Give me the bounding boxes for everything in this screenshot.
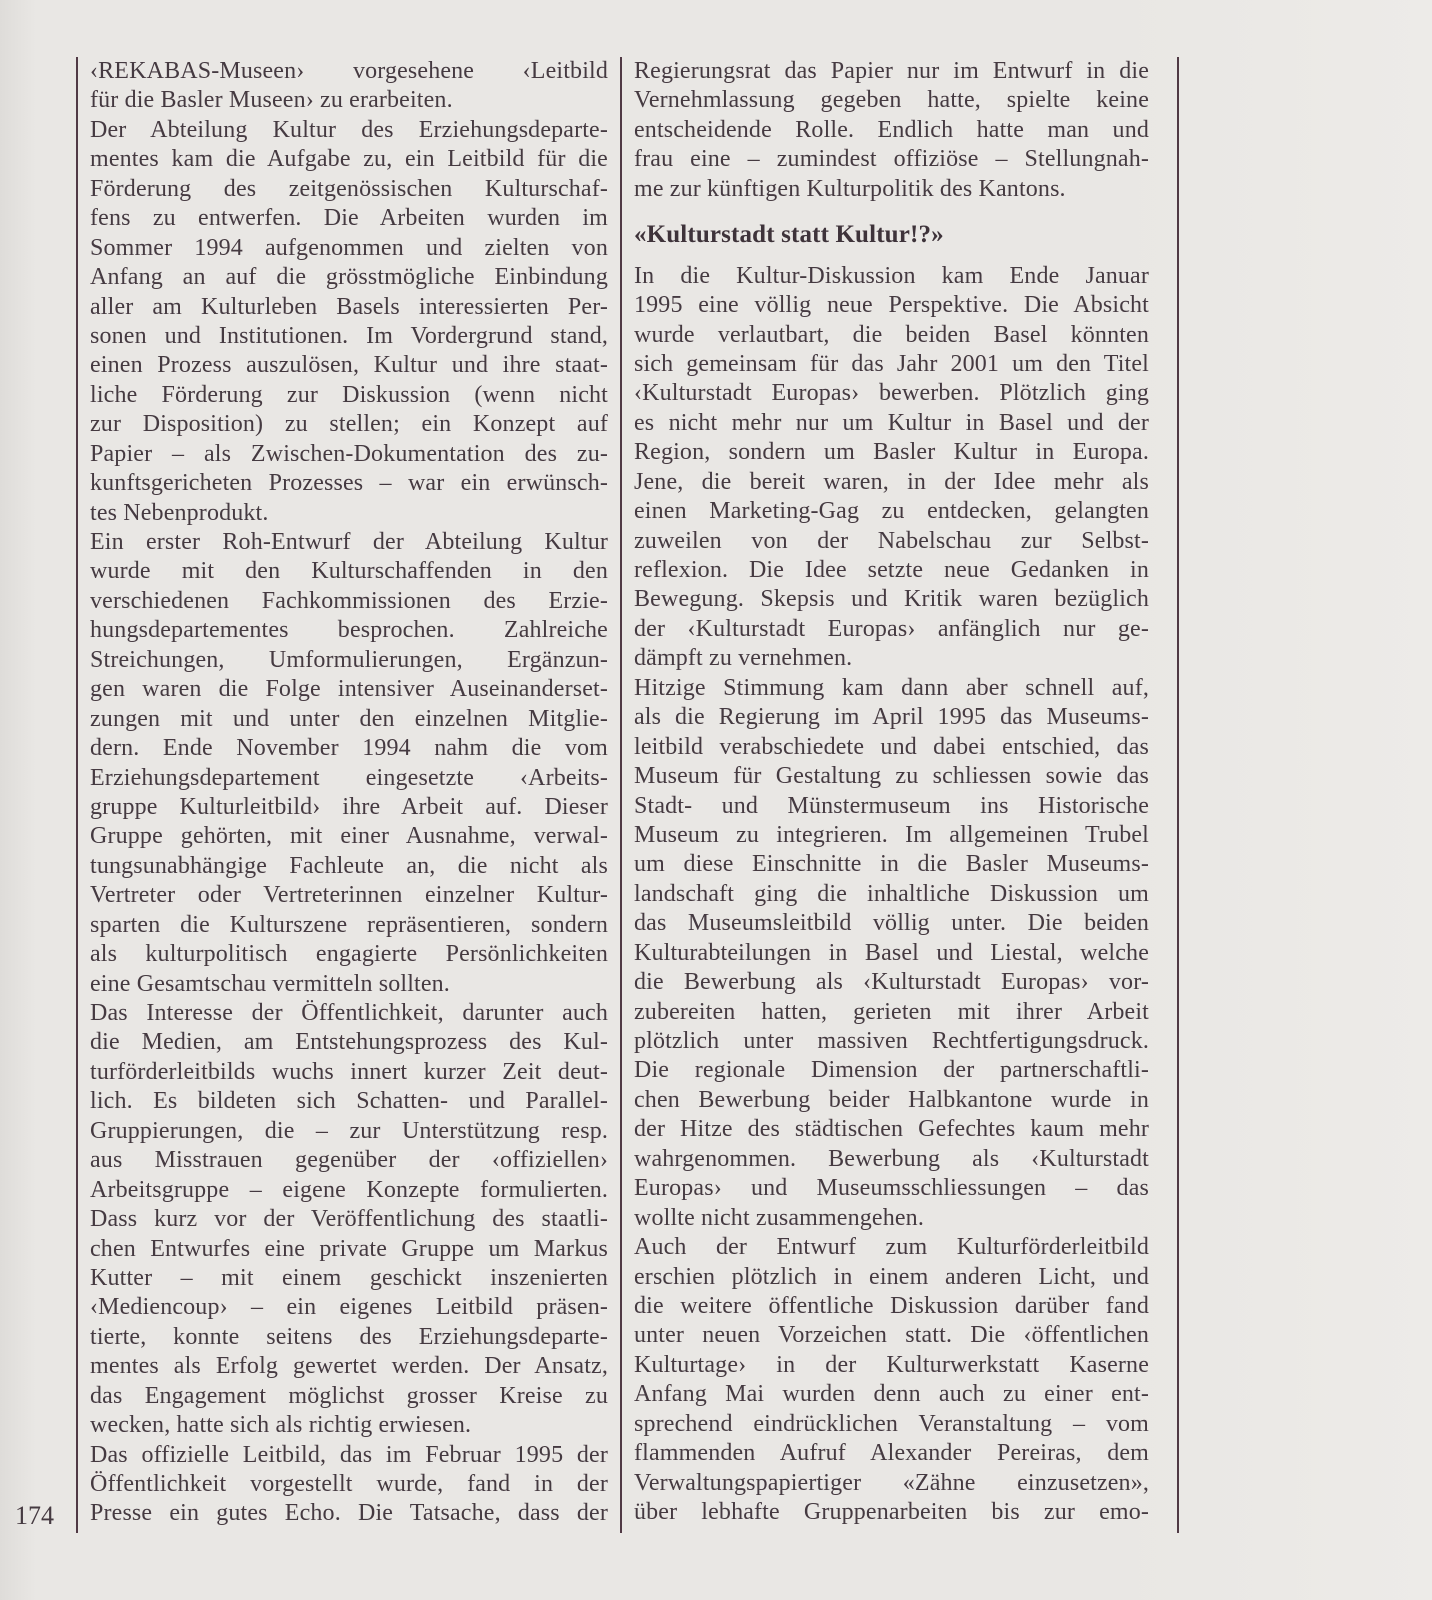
text-line: chen Bewerbung beider Halbkantone wurde …	[634, 1086, 1149, 1115]
text-line: aller am Kulturleben Basels interessiert…	[90, 293, 608, 322]
text-line: einen Prozess auszulösen, Kultur und ihr…	[90, 351, 608, 380]
text-line: wecken, hatte sich als richtig erwiesen.	[90, 1411, 608, 1440]
text-line: Der Abteilung Kultur des Erziehungsdepar…	[90, 116, 608, 145]
text-line: kunftsgericheten Prozesses – war ein erw…	[90, 469, 608, 498]
text-line: chen Entwurfes eine private Gruppe um Ma…	[90, 1235, 608, 1264]
text-line: eine Gesamtschau vermitteln sollten.	[90, 970, 608, 999]
text-line: dämpft zu vernehmen.	[634, 644, 1149, 673]
text-line: Museum zu integrieren. Im allgemeinen Tr…	[634, 821, 1149, 850]
text-line: mentes als Erfolg gewertet werden. Der A…	[90, 1352, 608, 1381]
text-line: ‹REKABAS-Museen› vorgesehene ‹Leitbild	[90, 57, 608, 86]
text-line: Stadt- und Münstermuseum ins Historische	[634, 792, 1149, 821]
text-line: als die Regierung im April 1995 das Muse…	[634, 703, 1149, 732]
text-line: Das Interesse der Öffentlichkeit, darunt…	[90, 999, 608, 1028]
text-line: verschiedenen Fachkommissionen des Erzie…	[90, 587, 608, 616]
text-line: fens zu entwerfen. Die Arbeiten wurden i…	[90, 204, 608, 233]
text-line: Das offizielle Leitbild, das im Februar …	[90, 1441, 608, 1470]
text-line: Gruppierungen, die – zur Unterstützung r…	[90, 1117, 608, 1146]
text-line: das Museumsleitbild völlig unter. Die be…	[634, 909, 1149, 938]
text-line: wahrgenommen. Bewerbung als ‹Kulturstadt	[634, 1145, 1149, 1174]
text-line: plötzlich unter massiven Rechtfertigungs…	[634, 1027, 1149, 1056]
text-line: Vernehmlassung gegeben hatte, spielte ke…	[634, 86, 1149, 115]
text-line: ‹Mediencoup› – ein eigenes Leitbild präs…	[90, 1293, 608, 1322]
text-line: mentes kam die Aufgabe zu, ein Leitbild …	[90, 145, 608, 174]
text-line: Verwaltungspapiertiger «Zähne einzusetze…	[634, 1469, 1149, 1498]
text-line: Förderung des zeitgenössischen Kultursch…	[90, 175, 608, 204]
text-line: sich gemeinsam für das Jahr 2001 um den …	[634, 350, 1149, 379]
text-line: entscheidende Rolle. Endlich hatte man u…	[634, 116, 1149, 145]
text-line: einen Marketing-Gag zu entdecken, gelang…	[634, 497, 1149, 526]
text-line: die Bewerbung als ‹Kulturstadt Europas› …	[634, 968, 1149, 997]
text-line: wurde verlautbart, die beiden Basel könn…	[634, 321, 1149, 350]
scanned-page: ‹REKABAS-Museen› vorgesehene ‹Leitbildfü…	[0, 0, 1432, 1600]
right-column-rule	[1177, 57, 1179, 1533]
page-number: 174	[15, 1501, 71, 1531]
text-line: dern. Ende November 1994 nahm die vom	[90, 734, 608, 763]
text-line: die Medien, am Entstehungsprozess des Ku…	[90, 1028, 608, 1057]
text-line: leitbild verabschiedete und dabei entsch…	[634, 733, 1149, 762]
text-line: aus Misstrauen gegenüber der ‹offizielle…	[90, 1146, 608, 1175]
text-line: Kutter – mit einem geschickt inszenierte…	[90, 1264, 608, 1293]
text-line: turförderleitbilds wuchs innert kurzer Z…	[90, 1058, 608, 1087]
text-line: sonen und Institutionen. Im Vordergrund …	[90, 322, 608, 351]
paragraph-spacer	[634, 250, 1149, 262]
text-line: wollte nicht zusammengehen.	[634, 1204, 1149, 1233]
text-line: Arbeitsgruppe – eigene Konzepte formulie…	[90, 1176, 608, 1205]
text-line: für die Basler Museen› zu erarbeiten.	[90, 86, 608, 115]
left-text-column: ‹REKABAS-Museen› vorgesehene ‹Leitbildfü…	[90, 57, 608, 1529]
text-line: Papier – als Zwischen-Dokumentation des …	[90, 440, 608, 469]
text-line: über lebhafte Gruppenarbeiten bis zur em…	[634, 1498, 1149, 1527]
text-line: der Hitze des städtischen Gefechtes kaum…	[634, 1115, 1149, 1144]
text-line: 1995 eine völlig neue Perspektive. Die A…	[634, 291, 1149, 320]
text-line: me zur künftigen Kulturpolitik des Kanto…	[634, 175, 1149, 204]
text-line: wurde mit den Kulturschaffenden in den	[90, 557, 608, 586]
text-line: Kulturtage› in der Kulturwerkstatt Kaser…	[634, 1351, 1149, 1380]
text-line: sprechend eindrücklichen Veranstaltung –…	[634, 1410, 1149, 1439]
text-line: Auch der Entwurf zum Kulturförderleitbil…	[634, 1233, 1149, 1262]
text-line: Öffentlichkeit vorgestellt wurde, fand i…	[90, 1470, 608, 1499]
text-line: flammenden Aufruf Alexander Pereiras, de…	[634, 1439, 1149, 1468]
text-line: gen waren die Folge intensiver Auseinand…	[90, 675, 608, 704]
text-line: um diese Einschnitte in die Basler Museu…	[634, 850, 1149, 879]
text-line: unter neuen Vorzeichen statt. Die ‹öffen…	[634, 1321, 1149, 1350]
text-line: Museum für Gestaltung zu schliessen sowi…	[634, 762, 1149, 791]
text-line: Region, sondern um Basler Kultur in Euro…	[634, 438, 1149, 467]
text-line: In die Kultur-Diskussion kam Ende Januar	[634, 262, 1149, 291]
text-line: tes Nebenprodukt.	[90, 499, 608, 528]
text-line: ‹Kulturstadt Europas› bewerben. Plötzlic…	[634, 379, 1149, 408]
paragraph-spacer	[634, 204, 1149, 220]
text-line: Bewegung. Skepsis und Kritik waren bezüg…	[634, 585, 1149, 614]
text-line: zuweilen von der Nabelschau zur Selbst-	[634, 527, 1149, 556]
text-line: Regierungsrat das Papier nur im Entwurf …	[634, 57, 1149, 86]
text-line: tungsunabhängige Fachleute an, die nicht…	[90, 852, 608, 881]
text-line: erschien plötzlich in einem anderen Lich…	[634, 1263, 1149, 1292]
text-line: Gruppe gehörten, mit einer Ausnahme, ver…	[90, 822, 608, 851]
text-line: Anfang an auf die grösstmögliche Einbind…	[90, 263, 608, 292]
text-line: Presse ein gutes Echo. Die Tatsache, das…	[90, 1499, 608, 1528]
text-line: Europas› und Museumsschliessungen – das	[634, 1174, 1149, 1203]
left-column-rule	[76, 57, 78, 1533]
text-line: zungen mit und unter den einzelnen Mitgl…	[90, 705, 608, 734]
text-line: Vertreter oder Vertreterinnen einzelner …	[90, 881, 608, 910]
text-line: als kulturpolitisch engagierte Persönlic…	[90, 940, 608, 969]
text-line: Jene, die bereit waren, in der Idee mehr…	[634, 468, 1149, 497]
text-line: Hitzige Stimmung kam dann aber schnell a…	[634, 674, 1149, 703]
text-line: reflexion. Die Idee setzte neue Gedanken…	[634, 556, 1149, 585]
text-line: Erziehungsdepartement eingesetzte ‹Arbei…	[90, 764, 608, 793]
text-line: landschaft ging die inhaltliche Diskussi…	[634, 880, 1149, 909]
text-line: tierte, konnte seitens des Erziehungsdep…	[90, 1323, 608, 1352]
text-line: zubereiten hatten, gerieten mit ihrer Ar…	[634, 998, 1149, 1027]
text-line: Kulturabteilungen in Basel und Liestal, …	[634, 939, 1149, 968]
text-line: zur Disposition) zu stellen; ein Konzept…	[90, 410, 608, 439]
text-line: die weitere öffentliche Diskussion darüb…	[634, 1292, 1149, 1321]
text-line: gruppe Kulturleitbild› ihre Arbeit auf. …	[90, 793, 608, 822]
text-line: es nicht mehr nur um Kultur in Basel und…	[634, 409, 1149, 438]
text-line: Dass kurz vor der Veröffentlichung des s…	[90, 1205, 608, 1234]
text-line: Die regionale Dimension der partnerschaf…	[634, 1056, 1149, 1085]
text-line: Sommer 1994 aufgenommen und zielten von	[90, 234, 608, 263]
right-text-column: Regierungsrat das Papier nur im Entwurf …	[634, 57, 1149, 1527]
text-line: Ein erster Roh-Entwurf der Abteilung Kul…	[90, 528, 608, 557]
text-line: hungsdepartementes besprochen. Zahlreich…	[90, 616, 608, 645]
text-line: das Engagement möglichst grosser Kreise …	[90, 1382, 608, 1411]
column-divider-rule	[620, 57, 622, 1533]
section-heading: «Kulturstadt statt Kultur!?»	[634, 220, 1149, 249]
text-line: sparten die Kulturszene repräsentieren, …	[90, 911, 608, 940]
text-line: der ‹Kulturstadt Europas› anfänglich nur…	[634, 615, 1149, 644]
text-line: lich. Es bildeten sich Schatten- und Par…	[90, 1087, 608, 1116]
text-line: liche Förderung zur Diskussion (wenn nic…	[90, 381, 608, 410]
text-line: frau eine – zumindest offiziöse – Stellu…	[634, 145, 1149, 174]
text-line: Anfang Mai wurden denn auch zu einer ent…	[634, 1380, 1149, 1409]
text-line: Streichungen, Umformulierungen, Ergänzun…	[90, 646, 608, 675]
